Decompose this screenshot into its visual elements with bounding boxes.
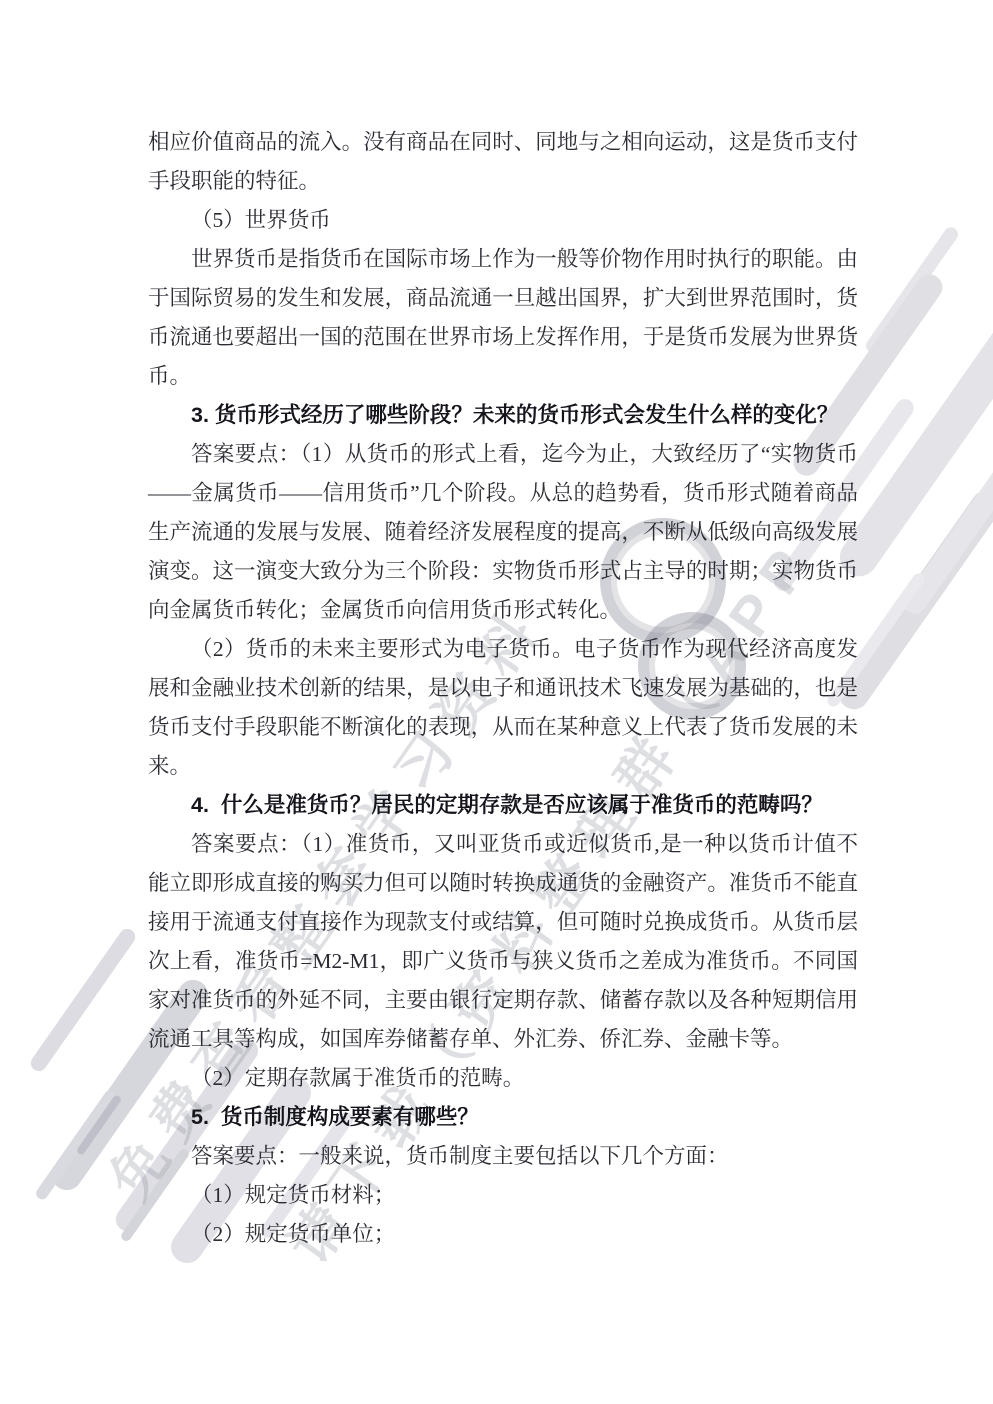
list-item: （2）规定货币单位； xyxy=(148,1215,858,1254)
question-heading: 5. 货币制度构成要素有哪些？ xyxy=(148,1098,858,1137)
answer-paragraph: 答案要点：（1）准货币，又叫亚货币或近似货币,是一种以货币计值不能立即形成直接的… xyxy=(148,825,858,1059)
brush-streak xyxy=(28,926,139,1074)
answer-paragraph: 答案要点：一般来说，货币制度主要包括以下几个方面： xyxy=(148,1137,858,1176)
list-item: （2）定期存款属于准货币的范畴。 xyxy=(148,1059,858,1098)
paragraph: 相应价值商品的流入。没有商品在同时、同地与之相向运动，这是货币支付手段职能的特征… xyxy=(148,123,858,201)
brush-streak xyxy=(76,1094,123,1156)
list-item: （1）规定货币材料； xyxy=(148,1176,858,1215)
question-heading: 4. 什么是准货币？居民的定期存款是否应该属于准货币的范畴吗？ xyxy=(148,786,858,825)
brush-streak xyxy=(900,442,993,618)
document-page: 免费查看整套学习资料 请下载（资料整理群（APP 相应价值商品的流入。没有商品在… xyxy=(0,0,993,1404)
answer-paragraph: 答案要点：（1）从货币的形式上看，迄今为止，大致经历了“实物货币——金属货币——… xyxy=(148,435,858,630)
list-item: （5）世界货币 xyxy=(148,201,858,240)
brush-streak xyxy=(34,1088,118,1201)
document-content: 相应价值商品的流入。没有商品在同时、同地与之相向运动，这是货币支付手段职能的特征… xyxy=(148,123,858,1254)
question-heading: 3. 货币形式经历了哪些阶段？未来的货币形式会发生什么样的变化？ xyxy=(148,396,858,435)
brush-streak xyxy=(863,225,961,356)
answer-paragraph: （2）货币的未来主要形式为电子货币。电子货币作为现代经济高度发展和金融业技术创新… xyxy=(148,630,858,786)
paragraph: 世界货币是指货币在国际市场上作为一般等价物作用时执行的职能。由于国际贸易的发生和… xyxy=(148,240,858,396)
